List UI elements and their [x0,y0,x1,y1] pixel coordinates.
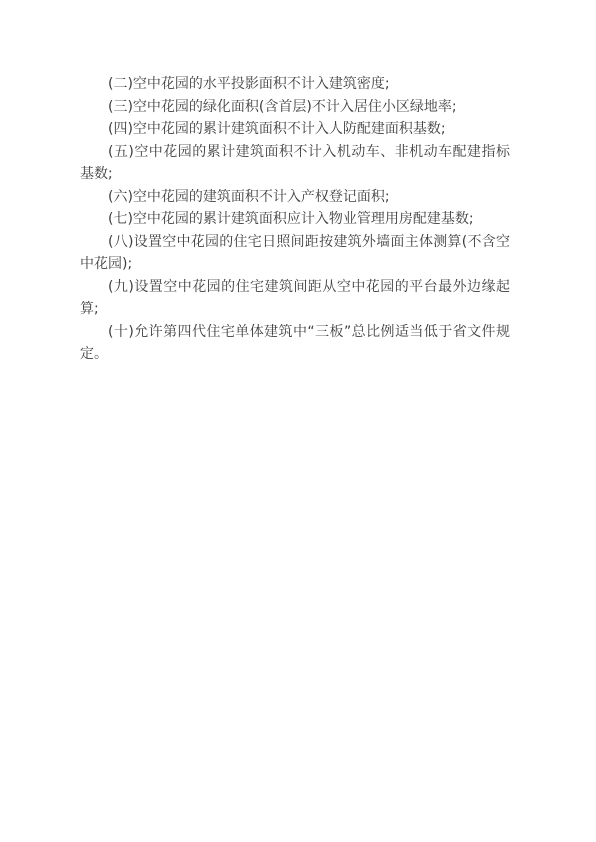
paragraph-item-5: (五)空中花园的累计建筑面积不计入机动车、非机动车配建指标基数; [80,141,510,186]
document-page: (二)空中花园的水平投影面积不计入建筑密度; (三)空中花园的绿化面积(含首层)… [0,0,596,842]
paragraph-item-6: (六)空中花园的建筑面积不计入产权登记面积; [80,186,510,209]
paragraph-item-8: (八)设置空中花园的住宅日照间距按建筑外墙面主体测算(不含空中花园); [80,231,510,276]
paragraph-item-10: (十)允许第四代住宅单体建筑中“三板”总比例适当低于省文件规定。 [80,321,510,366]
document-body: (二)空中花园的水平投影面积不计入建筑密度; (三)空中花园的绿化面积(含首层)… [80,73,510,366]
paragraph-item-7: (七)空中花园的累计建筑面积应计入物业管理用房配建基数; [80,208,510,231]
paragraph-item-3: (三)空中花园的绿化面积(含首层)不计入居住小区绿地率; [80,96,510,119]
paragraph-item-9: (九)设置空中花园的住宅建筑间距从空中花园的平台最外边缘起算; [80,276,510,321]
paragraph-item-4: (四)空中花园的累计建筑面积不计入人防配建面积基数; [80,118,510,141]
paragraph-item-2: (二)空中花园的水平投影面积不计入建筑密度; [80,73,510,96]
